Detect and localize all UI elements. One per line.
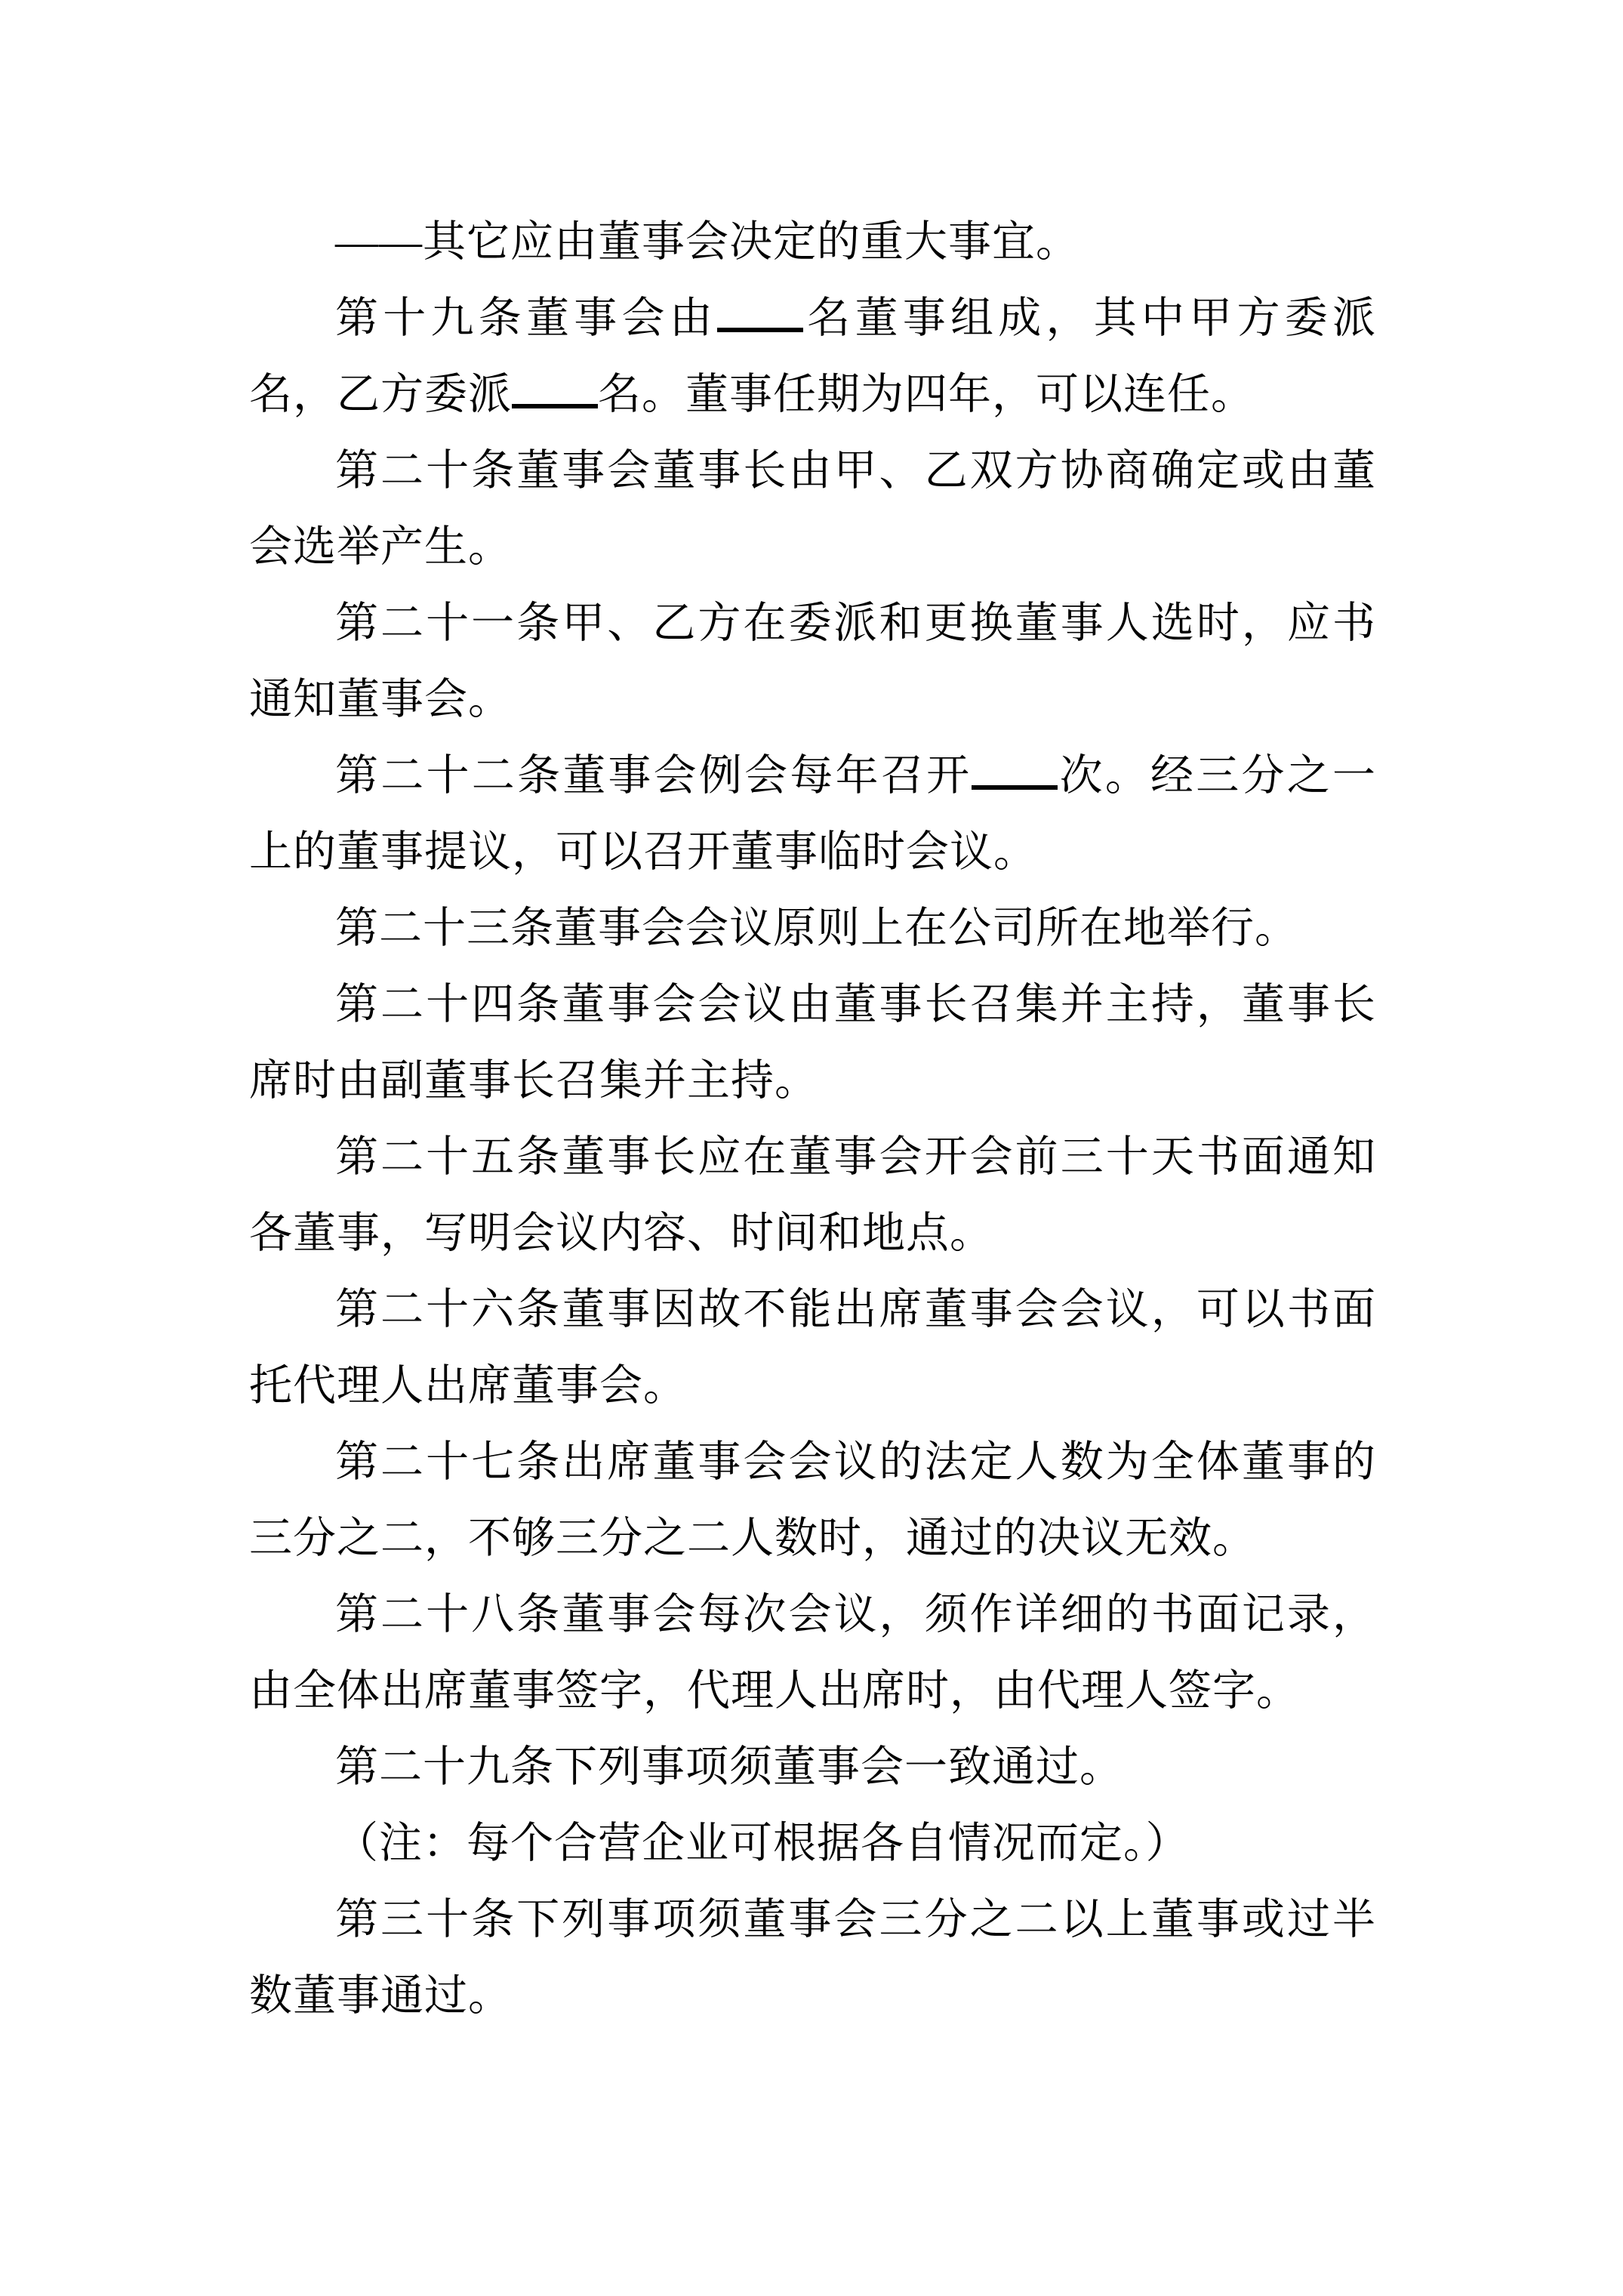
text-line: 各董事，写明会议内容、时间和地点。 [249, 1195, 1376, 1271]
text-line: 数董事通过。 [249, 1958, 1376, 2034]
text-line: 第二十九条下列事项须董事会一致通过。 [249, 1729, 1376, 1805]
document-body: ——其它应由董事会决定的重大事宜。 第十九条董事会由名董事组成，其中甲方委派 名… [249, 204, 1376, 2034]
fill-in-blank [717, 290, 803, 332]
text-line: 第二十一条甲、乙方在委派和更换董事人选时，应书面 [249, 585, 1376, 661]
text-line: 第二十六条董事因故不能出席董事会会议，可以书面委 [249, 1271, 1376, 1348]
text-line: ——其它应由董事会决定的重大事宜。 [249, 204, 1376, 280]
text-line: 三分之二，不够三分之二人数时，通过的决议无效。 [249, 1500, 1376, 1576]
text-line: 名，乙方委派名。董事任期为四年，可以连任。 [249, 356, 1376, 433]
fill-in-blank [512, 366, 598, 408]
text-line: 第二十五条董事长应在董事会开会前三十天书面通知 [249, 1119, 1376, 1195]
text-line: 第十九条董事会由名董事组成，其中甲方委派 [249, 280, 1376, 356]
text-line: 第三十条下列事项须董事会三分之二以上董事或过半 [249, 1881, 1376, 1958]
text-line: 席时由副董事长召集并主持。 [249, 1043, 1376, 1119]
text-line: 会选举产生。 [249, 509, 1376, 585]
text-line: 第二十七条出席董事会会议的法定人数为全体董事的 [249, 1424, 1376, 1500]
text-line: 第二十八条董事会每次会议，须作详细的书面记录，并 [249, 1576, 1376, 1653]
text-line: 托代理人出席董事会。 [249, 1348, 1376, 1424]
fill-in-blank [972, 747, 1058, 790]
text-line: 第二十三条董事会会议原则上在公司所在地举行。 [249, 890, 1376, 966]
text-line: 由全体出席董事签字，代理人出席时，由代理人签字。 [249, 1653, 1376, 1729]
text-line: 第二十二条董事会例会每年召开次。经三分之一以 [249, 738, 1376, 814]
text-line: 第二十四条董事会会议由董事长召集并主持，董事长缺 [249, 966, 1376, 1043]
text-line: 上的董事提议，可以召开董事临时会议。 [249, 814, 1376, 890]
text-line: （注：每个合营企业可根据各自情况而定。） [249, 1805, 1376, 1881]
text-line: 第二十条董事会董事长由甲、乙双方协商确定或由董事 [249, 433, 1376, 509]
document-page: ——其它应由董事会决定的重大事宜。 第十九条董事会由名董事组成，其中甲方委派 名… [0, 0, 1623, 2296]
text-line: 通知董事会。 [249, 661, 1376, 738]
